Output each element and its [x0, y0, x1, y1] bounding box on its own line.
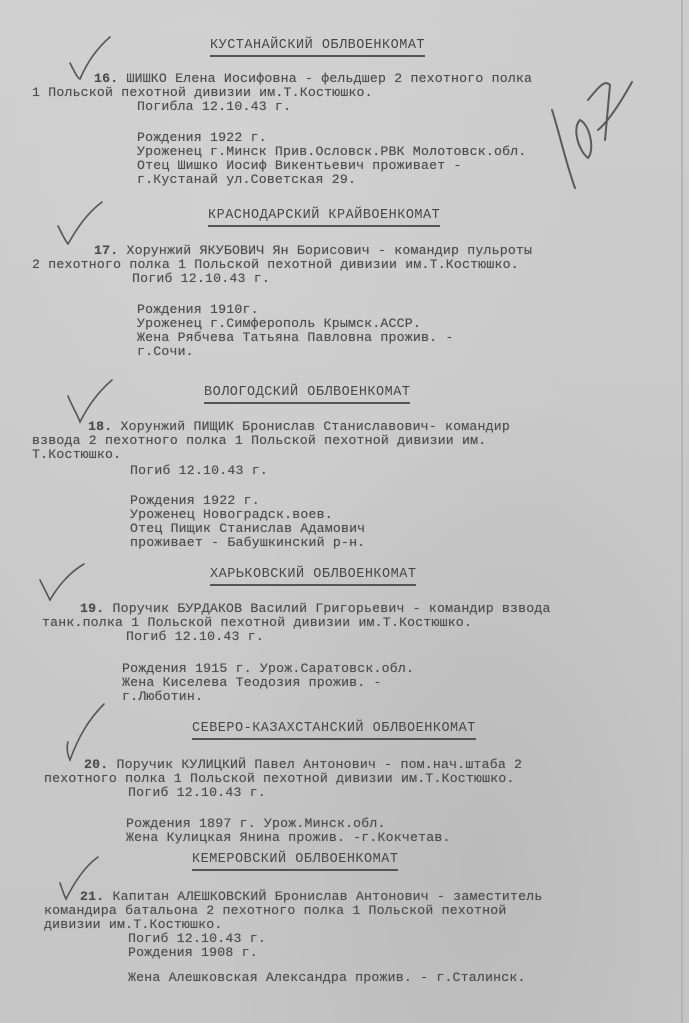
entry-17-birth: Рождения 1910г. [137, 303, 259, 316]
entry-17-line-1: 17. Хорунжий ЯКУБОВИЧ Ян Борисович - ком… [94, 244, 532, 257]
entry-18-address: проживает - Бабушкинский р-н. [130, 536, 365, 549]
entry-17-relative: Жена Рябчева Татьяна Павловна прожив. - [137, 331, 453, 344]
entry-17-origin: Уроженец г.Симферополь Крымск.АССР. [137, 317, 421, 330]
entry-18-line-1: 18. Хорунжий ПИЩИК Бронислав Станиславов… [88, 420, 510, 433]
entry-16-address: г.Кустанай ул.Советская 29. [137, 173, 356, 186]
checkmark-icon [58, 708, 118, 758]
section-header-kemerovo: КЕМЕРОВСКИЙ ОБЛВОЕНКОМАТ [192, 852, 398, 871]
section-header-kustanai: КУСТАНАЙСКИЙ ОБЛВОЕНКОМАТ [210, 38, 425, 57]
entry-18-line-2: взвода 2 пехотного полка 1 Польской пехо… [32, 434, 486, 447]
entry-16-line-2: 1 Польской пехотной дивизии им.Т.Костюшк… [32, 86, 373, 99]
entry-21-death: Погиб 12.10.43 г. [128, 932, 266, 945]
entry-text: Хорунжий ЯКУБОВИЧ Ян Борисович - команди… [126, 243, 532, 258]
entry-text: ШИШКО Елена Иосифовна - фельдшер 2 пехот… [126, 71, 532, 86]
entry-18-line-3: Т.Костюшко. [32, 448, 121, 461]
handwritten-folio-number [550, 80, 640, 190]
entry-number: 17. [94, 243, 118, 258]
entry-20-line-1: 20. Поручик КУЛИЦКИЙ Павел Антонович - п… [84, 758, 522, 771]
entry-number: 21. [80, 889, 104, 904]
entry-16-birth: Рождения 1922 г. [137, 131, 267, 144]
entry-20-death: Погиб 12.10.43 г. [128, 786, 266, 799]
paper-edge [681, 0, 683, 1023]
entry-text: Хорунжий ПИЩИК Бронислав Станиславович- … [120, 419, 509, 434]
section-header-kharkov: ХАРЬКОВСКИЙ ОБЛВОЕНКОМАТ [210, 567, 416, 586]
entry-17-address: г.Сочи. [137, 345, 194, 358]
entry-19-relative: Жена Киселева Теодозия прожив. - [122, 676, 382, 689]
entry-18-origin: Уроженец Новоградск.воев. [130, 508, 333, 521]
entry-21-line-1: 21. Капитан АЛЕШКОВСКИЙ Бронислав Антоно… [80, 890, 543, 903]
entry-21-line-2: командира батальона 2 пехотного полка 1 … [44, 904, 507, 917]
entry-number: 16. [94, 71, 118, 86]
entry-text: Капитан АЛЕШКОВСКИЙ Бронислав Антонович … [112, 889, 542, 904]
entry-17-death: Погиб 12.10.43 г. [132, 272, 270, 285]
entry-19-death: Погиб 12.10.43 г. [126, 630, 264, 643]
entry-20-relative: Жена Кулицкая Янина прожив. -г.Кокчетав. [126, 831, 451, 844]
entry-16-line-1: 16. ШИШКО Елена Иосифовна - фельдшер 2 п… [94, 72, 532, 85]
entry-text: Поручик БУРДАКОВ Василий Григорьевич - к… [112, 601, 550, 616]
entry-16-origin: Уроженец г.Минск Прив.Ословск.РВК Молото… [137, 145, 526, 158]
entry-16-relative: Отец Шишко Иосиф Викентьевич проживает - [137, 159, 462, 172]
entry-18-birth: Рождения 1922 г. [130, 494, 260, 507]
entry-19-address: г.Люботин. [122, 690, 203, 703]
entry-number: 20. [84, 757, 108, 772]
entry-17-line-2: 2 пехотного полка 1 Польской пехотной ди… [32, 258, 519, 271]
entry-number: 18. [88, 419, 112, 434]
entry-19-line-1: 19. Поручик БУРДАКОВ Василий Григорьевич… [80, 602, 551, 615]
entry-19-birth: Рождения 1915 г. Урож.Саратовск.обл. [122, 662, 414, 675]
section-header-north-kazakhstan: СЕВЕРО-КАЗАХСТАНСКИЙ ОБЛВОЕНКОМАТ [192, 721, 476, 740]
entry-21-line-3: дивизии им.Т.Костюшко. [44, 918, 223, 931]
entry-18-relative: Отец Пищик Станислав Адамович [130, 522, 365, 535]
entry-text: Поручик КУЛИЦКИЙ Павел Антонович - пом.н… [116, 757, 522, 772]
entry-21-birth: Рождения 1908 г. [128, 946, 258, 959]
section-header-krasnodar: КРАСНОДАРСКИЙ КРАЙВОЕНКОМАТ [208, 208, 440, 227]
entry-number: 19. [80, 601, 104, 616]
entry-19-line-2: танк.полка 1 Польской пехотной дивизии и… [42, 616, 472, 629]
entry-20-birth: Рождения 1897 г. Урож.Минск.обл. [126, 817, 386, 830]
section-header-vologda: ВОЛОГОДСКИЙ ОБЛВОЕНКОМАТ [204, 385, 410, 404]
entry-18-death: Погиб 12.10.43 г. [130, 464, 268, 477]
entry-20-line-2: пехотного полка 1 Польской пехотной диви… [44, 772, 515, 785]
entry-21-relative: Жена Алешковская Александра прожив. - г.… [128, 971, 526, 984]
entry-16-death: Погибла 12.10.43 г. [137, 100, 291, 113]
archival-document-page: КУСТАНАЙСКИЙ ОБЛВОЕНКОМАТ 16. ШИШКО Елен… [0, 0, 689, 1023]
